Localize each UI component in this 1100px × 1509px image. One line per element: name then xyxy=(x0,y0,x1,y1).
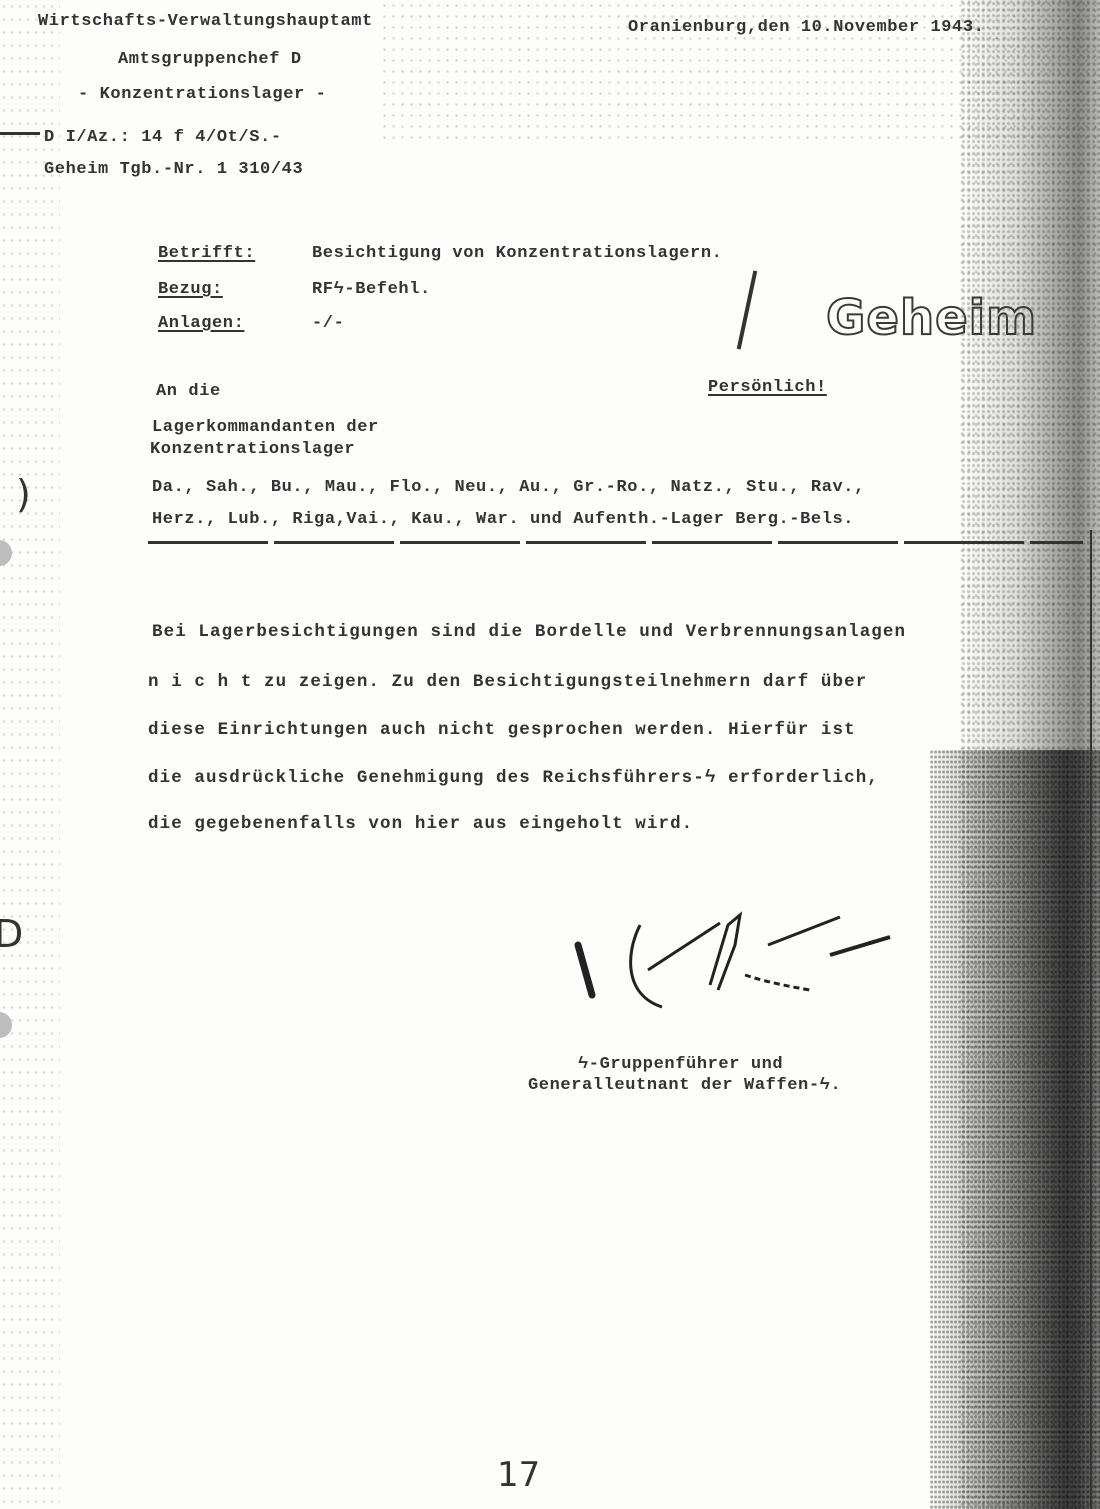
letterhead-line-3: - Konzentrationslager - xyxy=(78,85,326,104)
betrifft-label: Betrifft: xyxy=(158,244,255,263)
betrifft-value: Besichtigung von Konzentrationslagern. xyxy=(312,244,722,263)
handwritten-signature-icon xyxy=(570,895,910,1015)
photocopy-dark-edge-lower xyxy=(930,750,1100,1509)
letterhead-line-1: Wirtschafts-Verwaltungshauptamt xyxy=(38,12,373,31)
document-page: ) D Wirtschafts-Verwaltungshauptamt Amts… xyxy=(0,0,1100,1509)
margin-arrow-icon xyxy=(0,132,40,135)
addressee-underline-rule xyxy=(148,541,1083,544)
body-line-4: die ausdrückliche Genehmigung des Reichs… xyxy=(148,768,879,788)
reference-tagebuch: Geheim Tgb.-Nr. 1 310/43 xyxy=(44,160,303,179)
body-line-2: n i c h t zu zeigen. Zu den Besichtigung… xyxy=(148,672,867,692)
bezug-label: Bezug: xyxy=(158,280,223,299)
anlagen-value: -/- xyxy=(312,314,344,333)
handwritten-page-number: 17 xyxy=(497,1455,540,1495)
bezug-value: RFϟ-Befehl. xyxy=(312,280,431,299)
body-line-1: Bei Lagerbesichtigungen sind die Bordell… xyxy=(152,622,906,642)
photocopy-noise-left xyxy=(0,0,60,1509)
margin-bracket-icon: ) xyxy=(16,472,31,516)
addressee-camps-line-2: Herz., Lub., Riga,Vai., Kau., War. und A… xyxy=(152,510,854,529)
addressee-camps-line-1: Da., Sah., Bu., Mau., Flo., Neu., Au., G… xyxy=(152,478,865,497)
body-line-3: diese Einrichtungen auch nicht gesproche… xyxy=(148,720,856,740)
letterhead-line-2: Amtsgruppenchef D xyxy=(118,50,302,69)
reference-aktenzeichen: D I/Az.: 14 f 4/Ot/S.- xyxy=(44,128,282,147)
pen-stroke-mark xyxy=(737,270,758,349)
signature-line-2: Generalleutnant der Waffen-ϟ. xyxy=(528,1076,841,1095)
addressee-line-3: Konzentrationslager xyxy=(150,440,355,459)
body-line-5: die gegebenenfalls von hier aus eingehol… xyxy=(148,814,693,834)
anlagen-label: Anlagen: xyxy=(158,314,244,333)
page-edge-line xyxy=(1090,530,1092,1509)
margin-d-mark-icon: D xyxy=(0,912,23,956)
addressee-line-1: An die xyxy=(156,382,221,401)
addressee-line-2: Lagerkommandanten der xyxy=(152,418,379,437)
place-date: Oranienburg,den 10.November 1943. xyxy=(628,18,984,37)
signature-line-1: ϟ-Gruppenführer und xyxy=(578,1055,783,1074)
geheim-stamp: Geheim xyxy=(826,290,1037,346)
personal-mark: Persönlich! xyxy=(708,378,827,397)
